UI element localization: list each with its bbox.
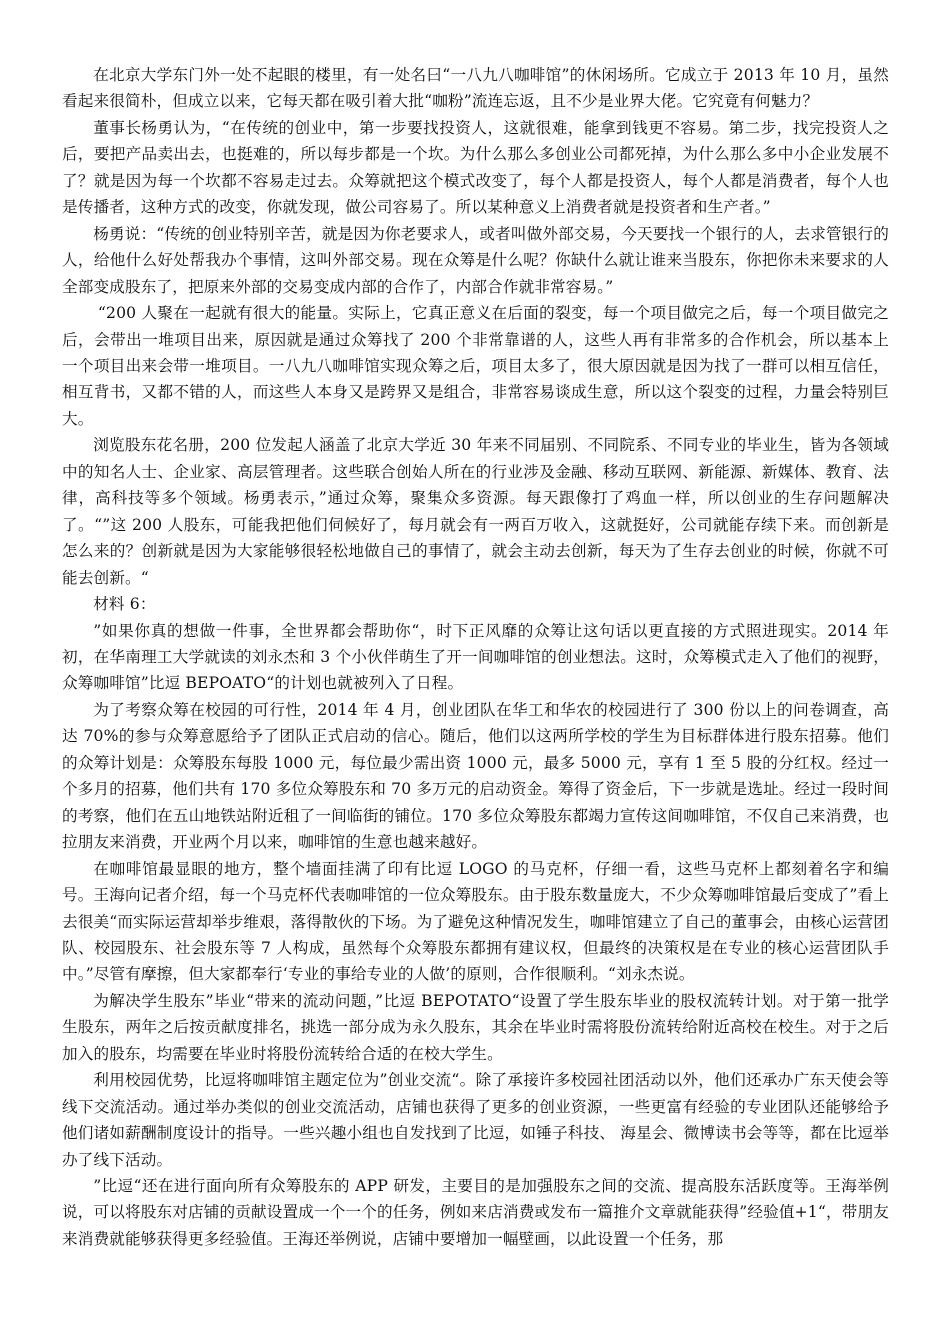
paragraph-equity-transfer: 为解决学生股东”毕业“带来的流动问题，”比逗 BEPOTATO“设置了学生股东毕… bbox=[62, 988, 889, 1067]
paragraph-feasibility-survey: 为了考察众筹在校园的可行性，2014 年 4 月，创业团队在华工和华农的校园进行… bbox=[62, 697, 889, 856]
paragraph-app-development: ”比逗“还在进行面向所有众筹股东的 APP 研发，主要目的是加强股东之间的交流、… bbox=[62, 1173, 889, 1252]
paragraph-200-people: “200 人聚在一起就有很大的能量。实际上，它真正意义在后面的裂变，每一个项目做… bbox=[62, 300, 889, 432]
paragraph-mug-wall: 在咖啡馆最显眼的地方，整个墙面挂满了印有比逗 LOGO 的马克杯，仔细一看，这些… bbox=[62, 856, 889, 988]
material-heading: 材料 6： bbox=[62, 591, 889, 617]
paragraph-shareholder-roster: 浏览股东花名册，200 位发起人涵盖了北京大学近 30 年来不同届别、不同院系、… bbox=[62, 432, 889, 591]
paragraph-campus-advantage: 利用校园优势，比逗将咖啡馆主题定位为”创业交流“。除了承接许多校园社团活动以外，… bbox=[62, 1067, 889, 1173]
paragraph-bepotato-origin: ”如果你真的想做一件事，全世界都会帮助你“，时下正风靡的众筹让这句话以更直接的方… bbox=[62, 618, 889, 697]
document-page: 在北京大学东门外一处不起眼的楼里，有一处名曰“一八九八咖啡馆”的休闲场所。它成立… bbox=[62, 62, 889, 1252]
paragraph-yang-quote: 杨勇说：“传统的创业特别辛苦，就是因为你老要求人，或者叫做外部交易，今天要找一个… bbox=[62, 221, 889, 300]
paragraph-intro: 在北京大学东门外一处不起眼的楼里，有一处名曰“一八九八咖啡馆”的休闲场所。它成立… bbox=[62, 62, 889, 115]
paragraph-chairman-view: 董事长杨勇认为，“在传统的创业中，第一步要找投资人，这就很难，能拿到钱更不容易。… bbox=[62, 115, 889, 221]
